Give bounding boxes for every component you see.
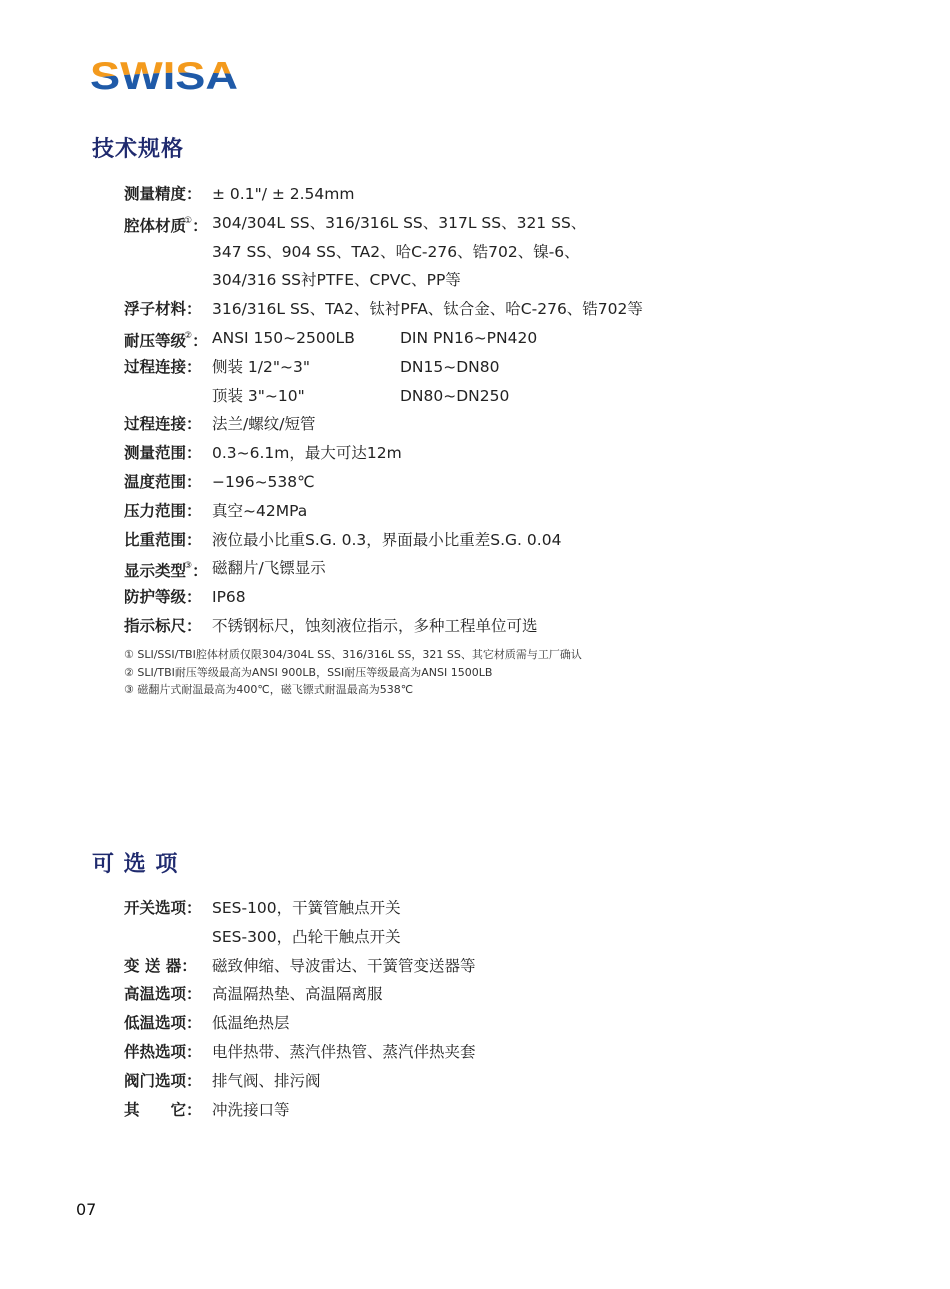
spec-value-secondary: DIN PN16~PN420 bbox=[400, 324, 537, 353]
spec-label: 比重范围： bbox=[124, 526, 212, 555]
spec-value: 顶装 3"~10" bbox=[212, 382, 305, 411]
option-label: 高温选项： bbox=[124, 980, 212, 1009]
option-value: SES-100，干簧管触点开关 bbox=[212, 894, 401, 923]
page-number: 07 bbox=[76, 1200, 96, 1219]
footnote-marker: ② bbox=[184, 331, 192, 341]
spec-label: 显示类型③： bbox=[124, 554, 212, 586]
spec-label: 测量精度： bbox=[124, 180, 212, 209]
spec-label: 过程连接： bbox=[124, 353, 212, 382]
spec-value: 316/316L SS、TA2、钛衬PFA、钛合金、哈C-276、锆702等 bbox=[212, 295, 643, 324]
option-value: 磁致伸缩、导波雷达、干簧管变送器等 bbox=[212, 952, 476, 981]
option-value: 冲洗接口等 bbox=[212, 1096, 290, 1125]
spec-value: IP68 bbox=[212, 583, 246, 612]
spec-value: 0.3~6.1m，最大可达12m bbox=[212, 439, 402, 468]
spec-value: 不锈钢标尺，蚀刻液位指示，多种工程单位可选 bbox=[212, 612, 538, 641]
option-value: 电伴热带、蒸汽伴热管、蒸汽伴热夹套 bbox=[212, 1038, 476, 1067]
option-label: 伴热选项： bbox=[124, 1038, 212, 1067]
spec-value: −196~538℃ bbox=[212, 468, 315, 497]
option-value: 高温隔热垫、高温隔离服 bbox=[212, 980, 383, 1009]
spec-label: 压力范围： bbox=[124, 497, 212, 526]
spec-label: 腔体材质①： bbox=[124, 209, 212, 241]
spec-label: 过程连接： bbox=[124, 410, 212, 439]
spec-label: 浮子材料： bbox=[124, 295, 212, 324]
options-title: 可 选 项 bbox=[92, 847, 178, 878]
option-label: 变 送 器： bbox=[124, 952, 212, 981]
spec-value: 磁翻片/飞镖显示 bbox=[212, 554, 326, 583]
spec-value: ANSI 150~2500LB bbox=[212, 324, 355, 353]
spec-value: 347 SS、904 SS、TA2、哈C-276、锆702、镍-6、 bbox=[212, 238, 580, 267]
spec-label: 指示标尺： bbox=[124, 612, 212, 641]
spec-value: 304/316 SS衬PTFE、CPVC、PP等 bbox=[212, 266, 461, 295]
spec-label: 温度范围： bbox=[124, 468, 212, 497]
spec-value: 304/304L SS、316/316L SS、317L SS、321 SS、 bbox=[212, 209, 586, 238]
footnote: ② SLI/TBI耐压等级最高为ANSI 900LB，SSI耐压等级最高为ANS… bbox=[124, 664, 582, 682]
spec-label: 防护等级： bbox=[124, 583, 212, 612]
footnote: ③ 磁翻片式耐温最高为400℃，磁飞镖式耐温最高为538℃ bbox=[124, 681, 582, 699]
footnote-marker: ③ bbox=[184, 561, 192, 571]
spec-label: 测量范围： bbox=[124, 439, 212, 468]
footnotes: ① SLI/SSI/TBI腔体材质仅限304/304L SS、316/316L … bbox=[124, 646, 582, 699]
specs-title: 技术规格 bbox=[92, 132, 184, 163]
option-value: 低温绝热层 bbox=[212, 1009, 290, 1038]
spec-value: 真空~42MPa bbox=[212, 497, 307, 526]
option-value: SES-300，凸轮干触点开关 bbox=[212, 923, 401, 952]
spec-value: ± 0.1"/ ± 2.54mm bbox=[212, 180, 354, 209]
swisa-logo: SWISA SWISA bbox=[90, 57, 240, 93]
option-label: 开关选项： bbox=[124, 894, 212, 923]
spec-label: 耐压等级②： bbox=[124, 324, 212, 356]
spec-value-secondary: DN15~DN80 bbox=[400, 353, 500, 382]
footnote-marker: ① bbox=[184, 216, 192, 226]
option-value: 排气阀、排污阀 bbox=[212, 1067, 321, 1096]
footnote: ① SLI/SSI/TBI腔体材质仅限304/304L SS、316/316L … bbox=[124, 646, 582, 664]
spec-value: 法兰/螺纹/短管 bbox=[212, 410, 315, 439]
option-label: 低温选项： bbox=[124, 1009, 212, 1038]
spec-value-secondary: DN80~DN250 bbox=[400, 382, 509, 411]
spec-value: 液位最小比重S.G. 0.3，界面最小比重差S.G. 0.04 bbox=[212, 526, 561, 555]
option-label: 阀门选项： bbox=[124, 1067, 212, 1096]
spec-value: 侧装 1/2"~3" bbox=[212, 353, 310, 382]
option-label: 其 它： bbox=[124, 1096, 212, 1125]
